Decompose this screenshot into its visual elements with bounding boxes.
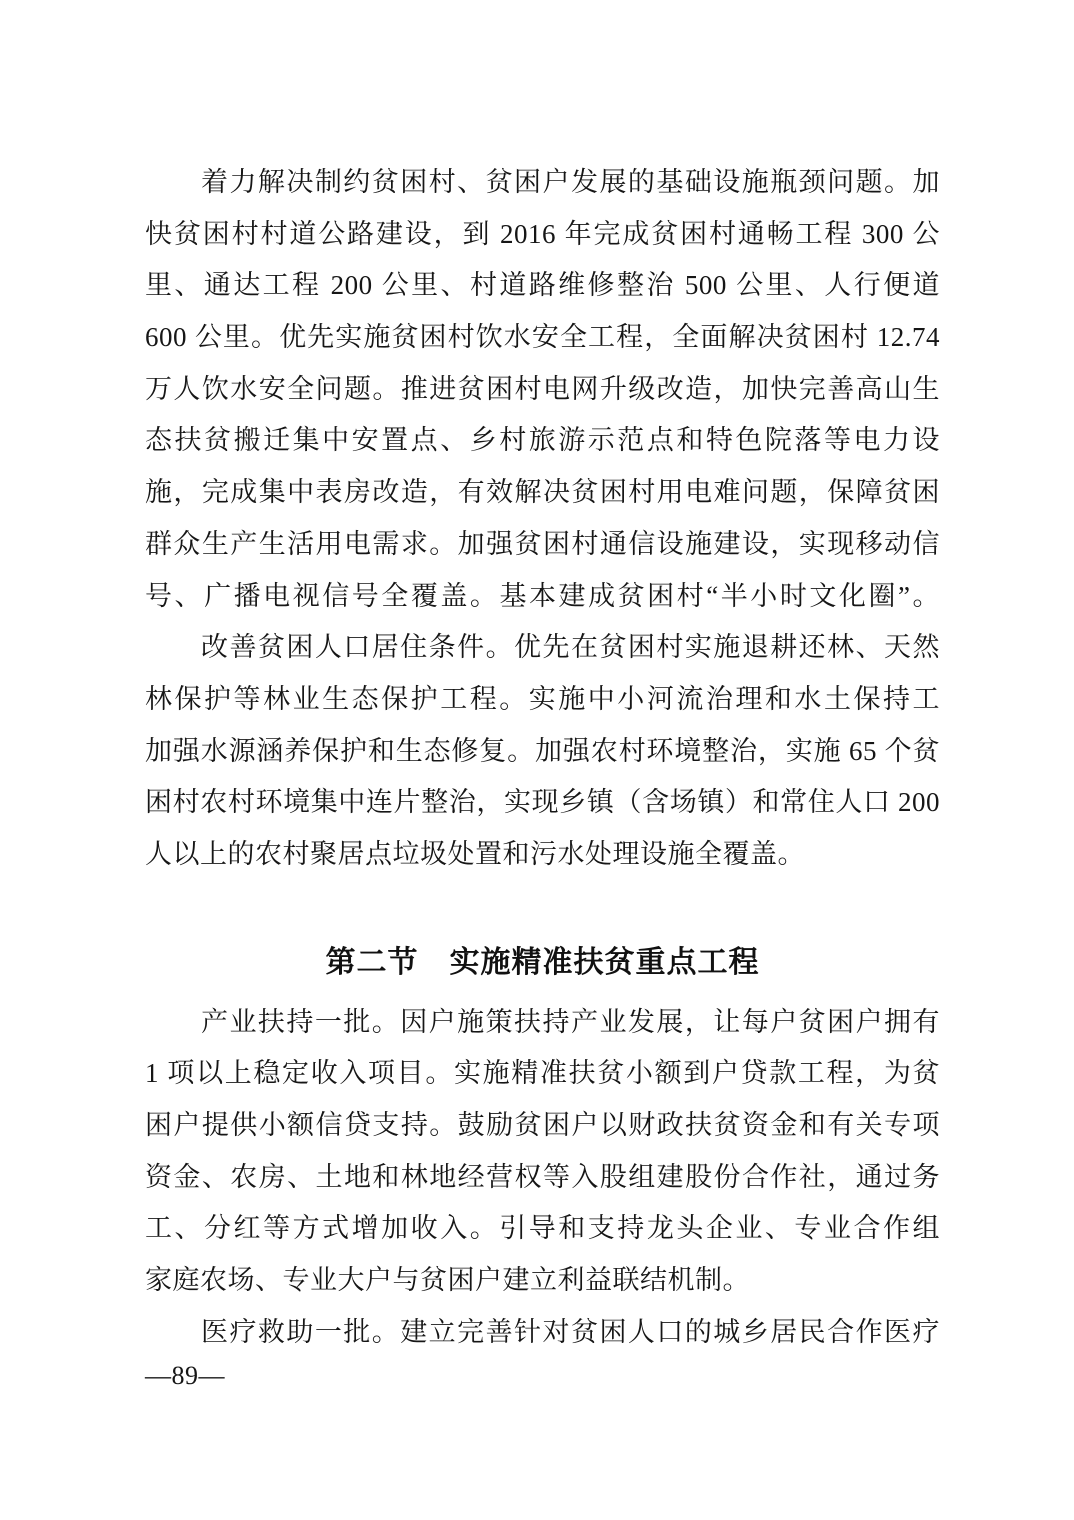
- text-line: 困村农村环境集中连片整治，实现乡镇（含场镇）和常住人口 200: [145, 777, 940, 829]
- text-line: 林保护等林业生态保护工程。实施中小河流治理和水土保持工程，: [145, 674, 940, 726]
- paragraph-industry-support: 产业扶持一批。因户施策扶持产业发展，让每户贫困户拥有 1 项以上稳定收入项目。实…: [145, 997, 940, 1307]
- text-line: 着力解决制约贫困村、贫困户发展的基础设施瓶颈问题。加: [145, 157, 940, 209]
- text-line: 人以上的农村聚居点垃圾处置和污水处理设施全覆盖。: [145, 829, 940, 881]
- text-line: 1 项以上稳定收入项目。实施精准扶贫小额到户贷款工程，为贫: [145, 1048, 940, 1100]
- text-line: 群众生产生活用电需求。加强贫困村通信设施建设，实现移动信: [145, 519, 940, 571]
- document-body: 着力解决制约贫困村、贫困户发展的基础设施瓶颈问题。加 快贫困村村道公路建设，到 …: [145, 157, 940, 1358]
- text-line: 医疗救助一批。建立完善针对贫困人口的城乡居民合作医疗: [145, 1307, 940, 1359]
- paragraph-infrastructure: 着力解决制约贫困村、贫困户发展的基础设施瓶颈问题。加 快贫困村村道公路建设，到 …: [145, 157, 940, 622]
- paragraph-medical-aid: 医疗救助一批。建立完善针对贫困人口的城乡居民合作医疗: [145, 1307, 940, 1359]
- text-line: 资金、农房、土地和林地经营权等入股组建股份合作社，通过务: [145, 1152, 940, 1204]
- text-line: 态扶贫搬迁集中安置点、乡村旅游示范点和特色院落等电力设: [145, 415, 940, 467]
- text-line: 工、分红等方式增加收入。引导和支持龙头企业、专业合作组织、: [145, 1203, 940, 1255]
- text-line: 里、通达工程 200 公里、村道路维修整治 500 公里、人行便道: [145, 260, 940, 312]
- text-line: 万人饮水安全问题。推进贫困村电网升级改造，加快完善高山生: [145, 364, 940, 416]
- text-line: 产业扶持一批。因户施策扶持产业发展，让每户贫困户拥有: [145, 997, 940, 1049]
- text-line: 加强水源涵养保护和生态修复。加强农村环境整治，实施 65 个贫: [145, 726, 940, 778]
- page-number: —89—: [145, 1355, 225, 1397]
- text-line: 号、广播电视信号全覆盖。基本建成贫困村“半小时文化圈”。: [145, 571, 940, 623]
- text-line: 快贫困村村道公路建设，到 2016 年完成贫困村通畅工程 300 公: [145, 209, 940, 261]
- text-line: 改善贫困人口居住条件。优先在贫困村实施退耕还林、天然: [145, 622, 940, 674]
- document-page: 着力解决制约贫困村、贫困户发展的基础设施瓶颈问题。加 快贫困村村道公路建设，到 …: [0, 0, 1074, 1520]
- text-line: 家庭农场、专业大户与贫困户建立利益联结机制。: [145, 1255, 940, 1307]
- text-line: 施，完成集中表房改造，有效解决贫困村用电难问题，保障贫困: [145, 467, 940, 519]
- paragraph-living-conditions: 改善贫困人口居住条件。优先在贫困村实施退耕还林、天然 林保护等林业生态保护工程。…: [145, 622, 940, 880]
- text-line: 600 公里。优先实施贫困村饮水安全工程，全面解决贫困村 12.74: [145, 312, 940, 364]
- section-heading: 第二节 实施精准扶贫重点工程: [145, 937, 940, 989]
- text-line: 困户提供小额信贷支持。鼓励贫困户以财政扶贫资金和有关专项: [145, 1100, 940, 1152]
